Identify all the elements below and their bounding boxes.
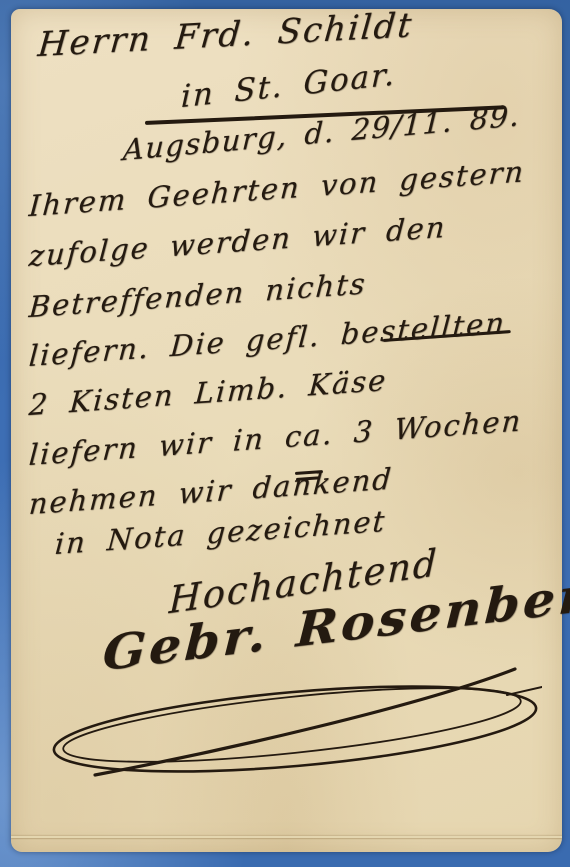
postcard: Herrn Frd. Schildt in St. Goar. Augsburg…: [11, 9, 562, 852]
crease-line: [11, 836, 562, 838]
body-line: zufolge werden wir den: [28, 210, 448, 273]
body-line: 2 Kisten Limb. Käse: [28, 363, 389, 422]
photo-background: { "colors": { "background_blue": "#3a6bb…: [0, 0, 570, 867]
address-line-recipient: Herrn Frd. Schildt: [36, 5, 415, 65]
signature-flourish: [37, 667, 542, 792]
body-line: Betreffenden nichts: [28, 266, 368, 324]
address-line-place: in St. Goar.: [180, 56, 396, 115]
body-line: Ihrem Geehrten von gestern: [28, 154, 527, 223]
